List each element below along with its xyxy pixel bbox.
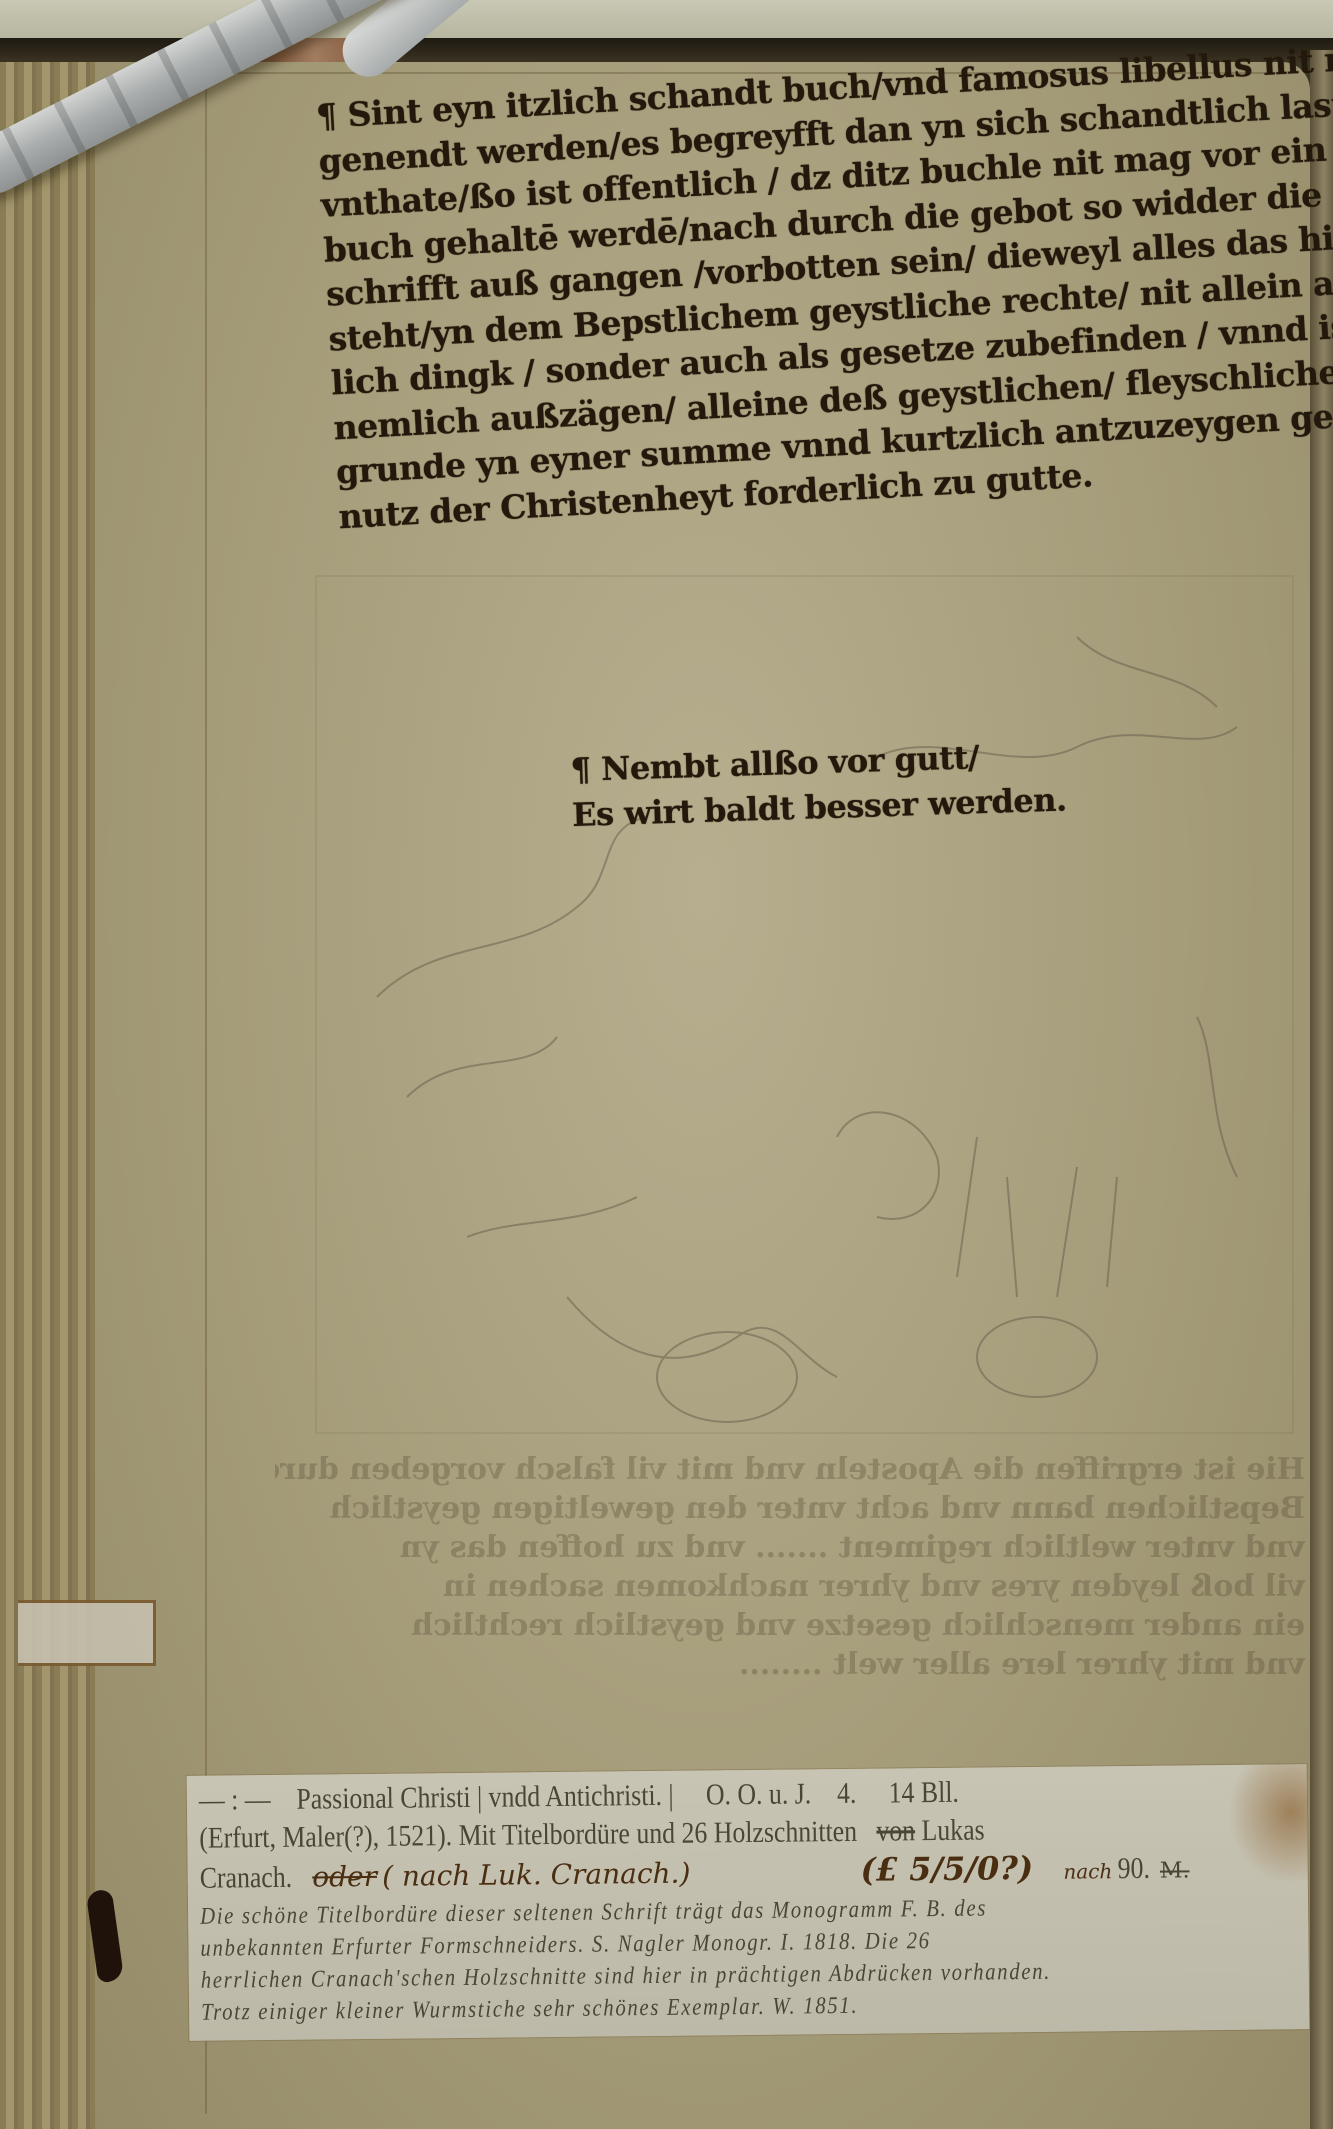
bleed-line: vnd mit yhrer lere aller welt ........ — [275, 1645, 1305, 1684]
book-scan: Hie ist ergriffen die Aposteln vnd mit v… — [0, 0, 1333, 2129]
page-stack-edge — [0, 62, 105, 2129]
woodcut-show-through — [315, 575, 1294, 1434]
handwritten-struck-word: oder — [312, 1860, 377, 1894]
struck-word: von — [876, 1814, 915, 1847]
main-text-block: ¶ Sint eyn itzlich schandt buch/vnd famo… — [315, 40, 1318, 539]
bleed-line: Bepstlichen bann vnd acht vnter den gewe… — [275, 1489, 1305, 1528]
entry-prefix: — : — — [199, 1783, 271, 1817]
clipping-italic-line: Trotz einiger kleiner Wurmstiche sehr sc… — [201, 1993, 858, 2027]
motto-text: ¶ Nembt allßo vor gutt/ Es wirt baldt be… — [570, 732, 1067, 837]
entry-title: Passional Christi | vndd Antichristi. | — [296, 1779, 674, 1816]
catalogue-clipping: — : — Passional Christi | vndd Antichris… — [187, 1764, 1310, 2041]
bleed-through-text: Hie ist ergriffen die Aposteln vnd mit v… — [275, 1450, 1305, 1684]
paper-repair-patch — [18, 1600, 156, 1666]
handwritten-attribution: ( nach Luk. Cranach.) — [382, 1857, 691, 1893]
clipping-italic-line: herrlichen Cranach'schen Holzschnitte si… — [201, 1959, 1052, 1995]
entry-leaves: 14 Bll. — [888, 1776, 959, 1810]
struck-currency: M. — [1160, 1858, 1190, 1883]
bleed-line: ein ander menschlich gesetze vnd geystli… — [275, 1606, 1305, 1645]
catalogue-price: 90. — [1117, 1852, 1150, 1886]
entry-description: (Erfurt, Maler(?), 1521). Mit Titelbordü… — [199, 1815, 857, 1855]
handwritten-price: (£ 5/5/0?) — [860, 1849, 1033, 1889]
bleed-line: Hie ist ergriffen die Aposteln vnd mit v… — [275, 1450, 1305, 1489]
clipping-line-2: (Erfurt, Maler(?), 1521). Mit Titelbordü… — [199, 1814, 985, 1856]
bleed-line: vnd vnter weltlich regiment ....... vnd … — [275, 1528, 1305, 1567]
entry-format: 4. — [837, 1777, 857, 1810]
entry-artist-surname: Cranach. — [200, 1861, 293, 1896]
entry-imprint: O. O. u. J. — [706, 1777, 812, 1811]
handwritten-margin-note: nach — [1063, 1859, 1112, 1884]
clipping-italic-line: Die schöne Titelbordüre dieser seltenen … — [200, 1895, 987, 1930]
woodcut-sketch-icon — [317, 577, 1292, 1432]
clipping-italic-line: unbekannten Erfurter Formschneiders. S. … — [200, 1928, 931, 1963]
bleed-line: vil boß leyden yres vnd yhrer nachkomen … — [275, 1567, 1305, 1606]
entry-artist-first-name: Lukas — [921, 1814, 984, 1848]
clipping-line-1: — : — Passional Christi | vndd Antichris… — [199, 1776, 959, 1818]
